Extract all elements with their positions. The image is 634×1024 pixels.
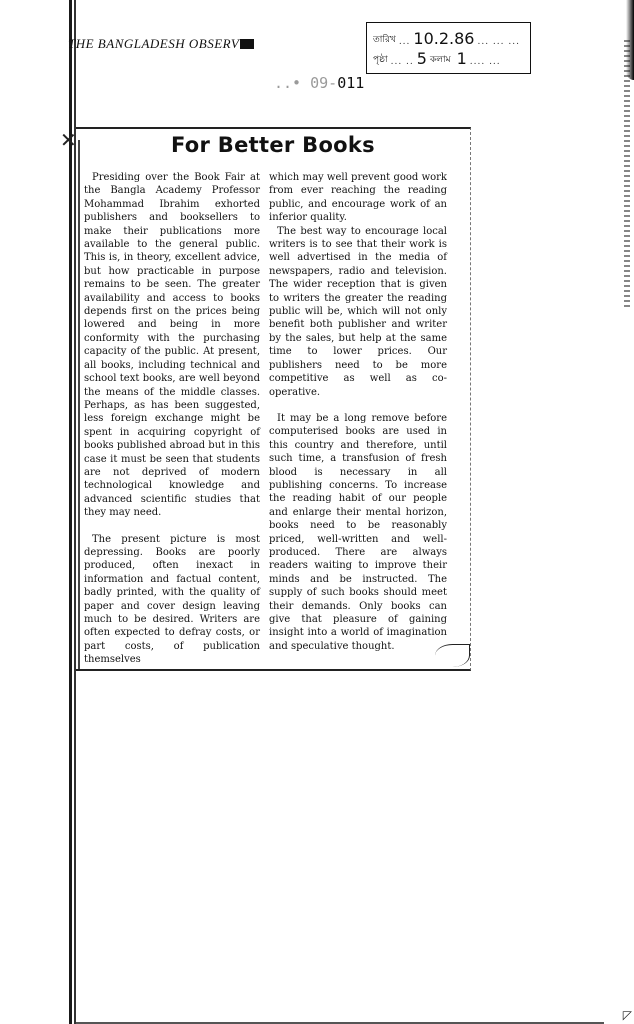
stamp-date-value: 10.2.86 — [413, 31, 474, 47]
newspaper-masthead: THE BANGLADESH OBSERV — [68, 36, 254, 52]
stamp-dots: .... ... — [470, 57, 501, 67]
article-paragraph: which may well prevent good work from ev… — [269, 171, 447, 225]
page-id-prefix: ..• 09- — [274, 74, 337, 92]
redaction-block — [240, 39, 254, 49]
pen-mark — [435, 644, 470, 667]
article-paragraph: The best way to encourage local writers … — [269, 225, 447, 399]
article-paragraph: Presiding over the Book Fair at the Bang… — [84, 171, 260, 520]
page-id-number: 011 — [337, 74, 364, 92]
archive-stamp: তারিখ ... 10.2.86 ... ... ... ... পৃষ্ঠা… — [366, 22, 531, 74]
stamp-page-label: পৃষ্ঠা — [373, 52, 388, 67]
page-id: ..• 09-011 — [274, 74, 364, 92]
margin-rule — [69, 0, 72, 1024]
stamp-date-label: তারিখ — [373, 32, 396, 47]
article-column-right: which may well prevent good work from ev… — [269, 171, 447, 653]
stamp-dots: ... — [399, 37, 411, 47]
stamp-dots: ... ... ... ... — [477, 37, 524, 47]
stamp-page-row: পৃষ্ঠা ... .. 5 কলাম 1 .... ... — [373, 49, 524, 67]
article-column-left: Presiding over the Book Fair at the Bang… — [84, 171, 260, 667]
article-clipping: For Better Books Presiding over the Book… — [76, 127, 471, 671]
scanned-page: THE BANGLADESH OBSERV তারিখ ... 10.2.86 … — [0, 0, 634, 1024]
article-paragraph: It may be a long remove before computeri… — [269, 412, 447, 653]
stamp-column-value: 1 — [457, 51, 467, 67]
masthead-text: THE BANGLADESH OBSERV — [68, 36, 239, 51]
corner-fold-icon: ◸ — [623, 1008, 632, 1022]
stamp-date-row: তারিখ ... 10.2.86 ... ... ... ... — [373, 29, 524, 47]
stamp-column-label: কলাম — [430, 52, 451, 67]
scan-edge-speckle — [624, 40, 630, 310]
stamp-dots: ... .. — [391, 57, 414, 67]
stamp-page-value: 5 — [417, 51, 427, 67]
article-paragraph: The present picture is most depressing. … — [84, 533, 260, 667]
article-headline: For Better Books — [76, 133, 470, 157]
